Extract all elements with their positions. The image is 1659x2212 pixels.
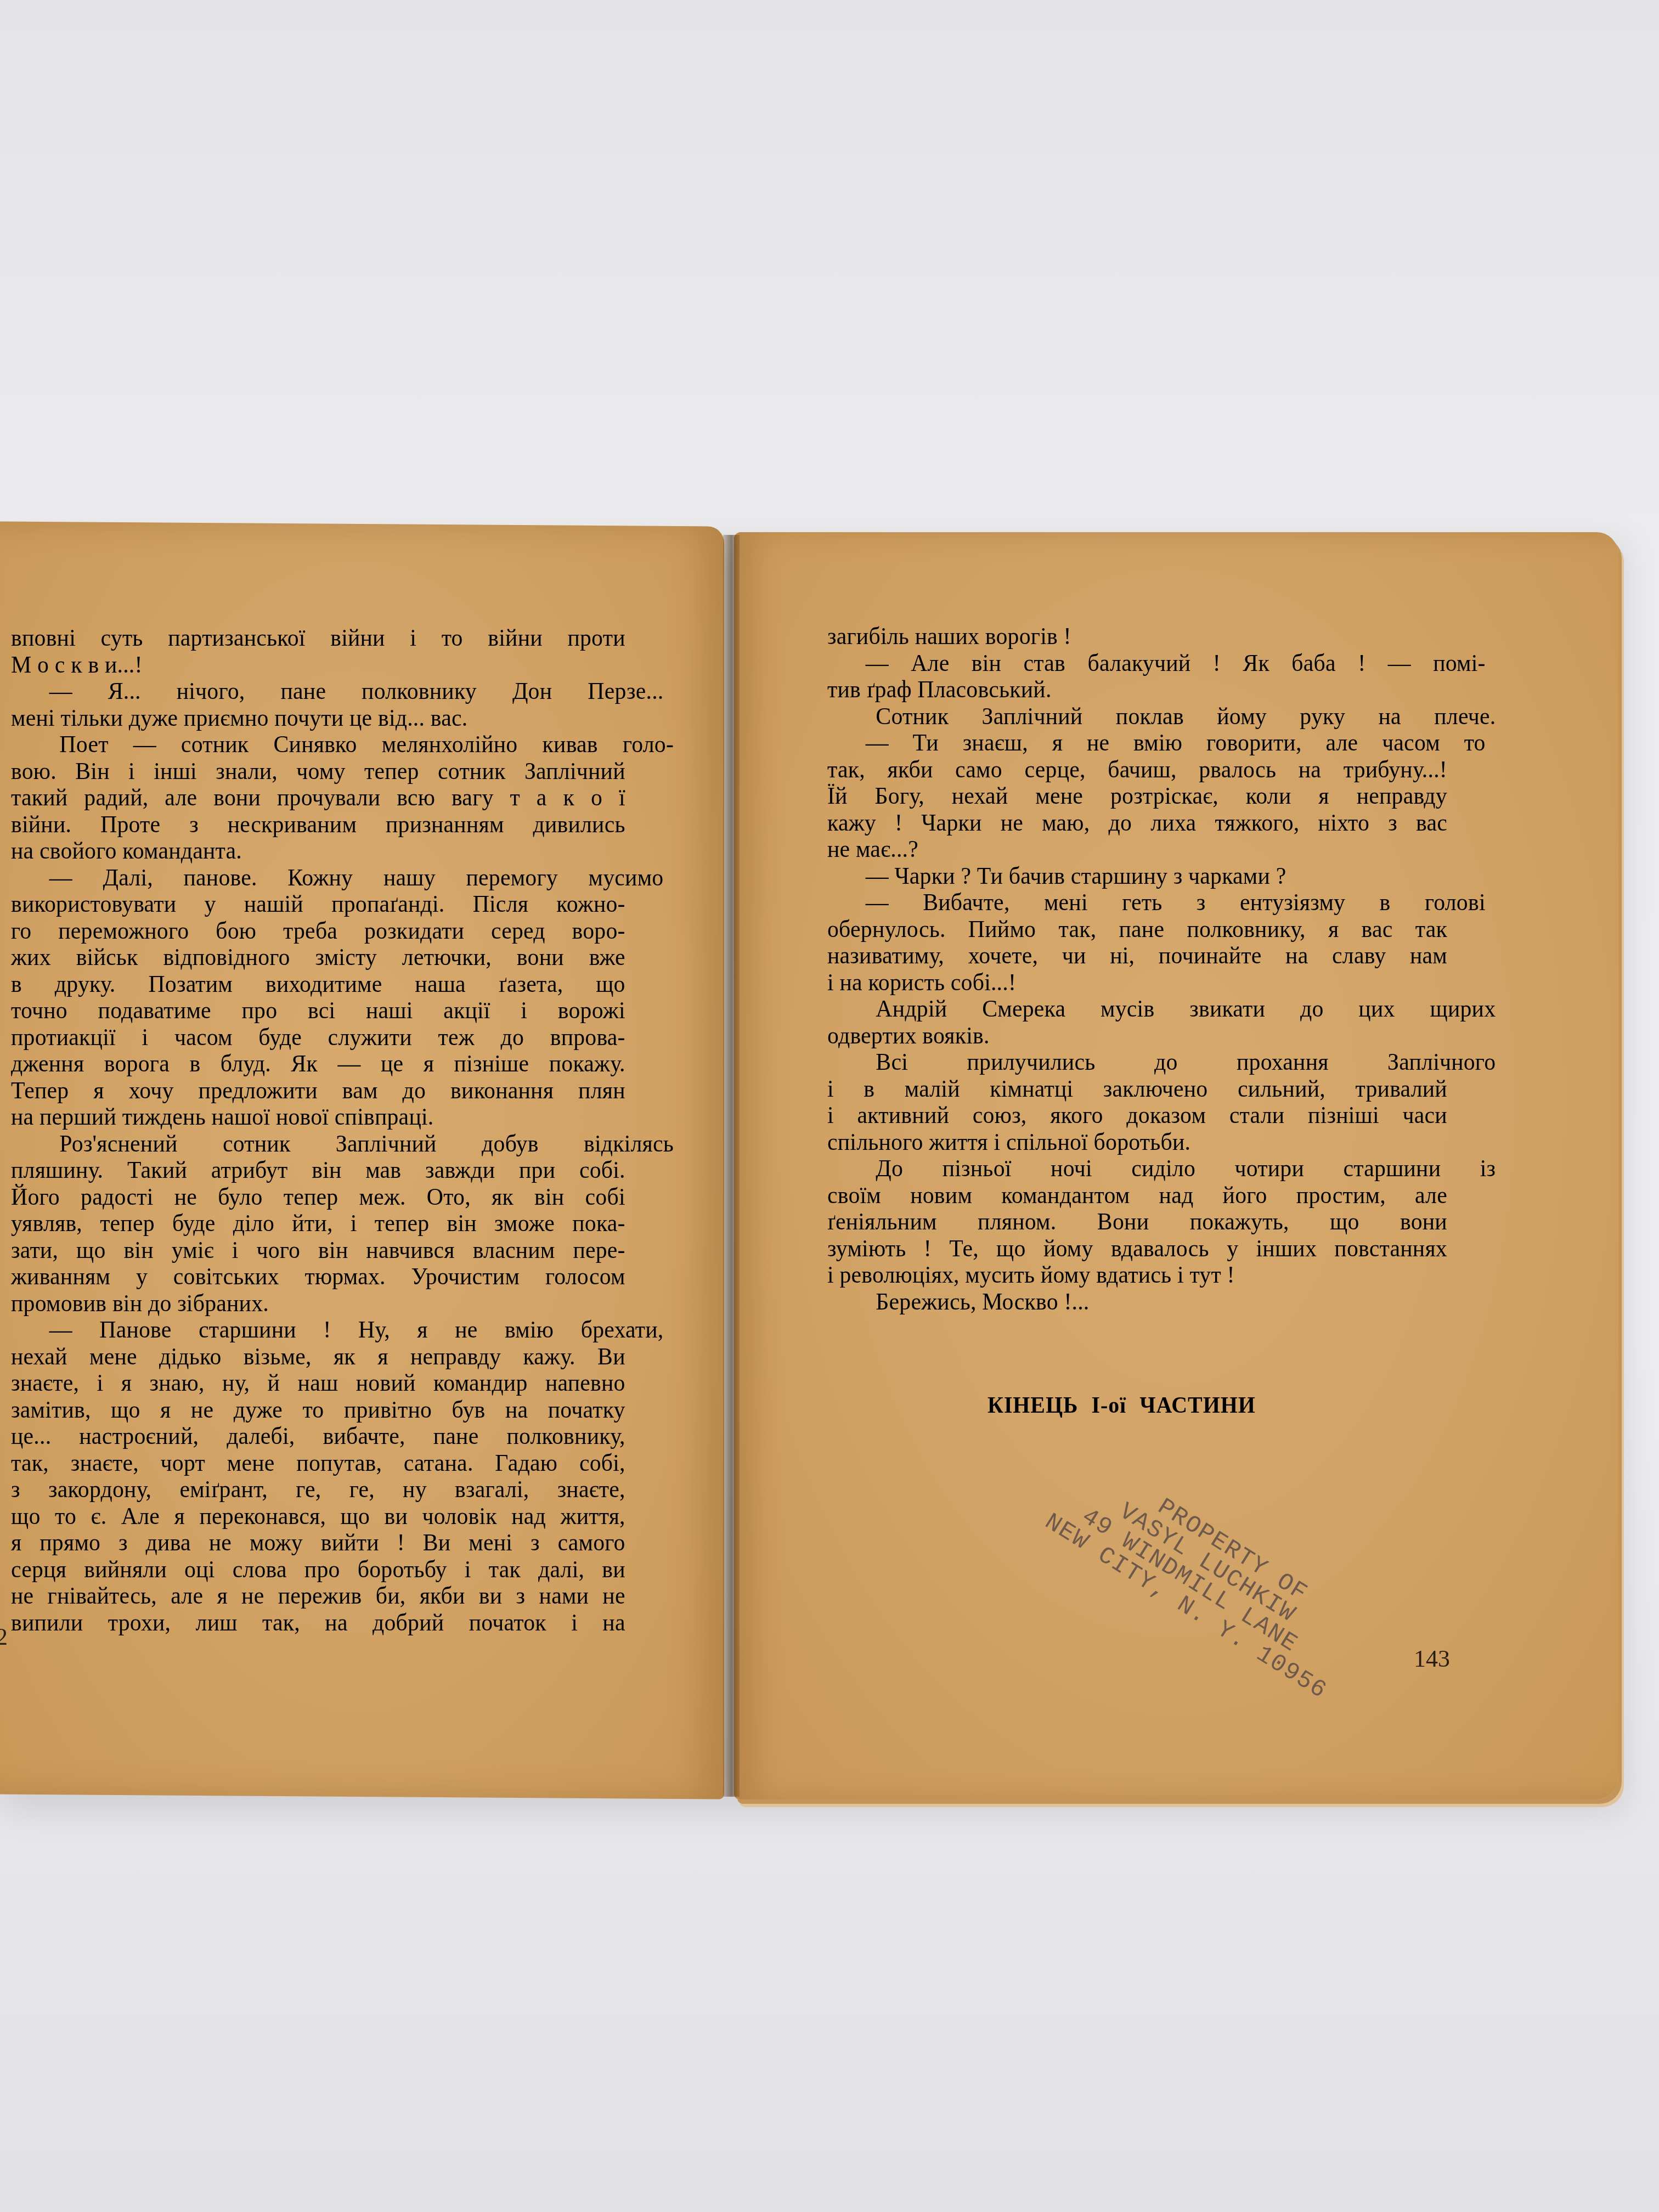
text-line: — Чарки ? Ти бачив старшину з чарками ?: [827, 862, 1486, 889]
text-line: нехай мене дідько візьме, як я неправду …: [11, 1343, 625, 1370]
text-line: До пізньої ночі сиділо чотири старшини і…: [827, 1155, 1496, 1182]
text-line: мені тільки дуже приємно почути це від..…: [11, 704, 625, 731]
text-line: на перший тиждень нашої нової співпраці.: [11, 1103, 625, 1130]
text-line: своїм новим командантом над його простим…: [827, 1182, 1447, 1209]
text-line: Його радості не було тепер меж. Ото, як …: [11, 1183, 625, 1210]
text-line: з закордону, еміґрант, ге, ге, ну взагал…: [11, 1476, 625, 1503]
text-line: промовив він до зібраних.: [11, 1290, 625, 1317]
right-page-text: загибіль наших ворогів !— Але він став б…: [827, 623, 1447, 1314]
text-line: пляшину. Такий атрибут він мав завжди пр…: [11, 1156, 625, 1183]
left-page-text: вповні суть партизанської війни і то вій…: [11, 624, 625, 1635]
text-line: зуміють ! Те, що йому вдавалось у інших …: [827, 1235, 1447, 1262]
text-line: і в малій кімнатці заключено сильний, тр…: [827, 1075, 1447, 1102]
text-line: обернулось. Пиймо так, пане полковнику, …: [827, 916, 1447, 943]
text-line: Сотник Заплічний поклав йому руку на пле…: [827, 703, 1496, 730]
text-line: це... настроєний, далебі, вибачте, пане …: [11, 1423, 625, 1449]
text-line: ґеніяльним пляном. Вони покажуть, що вон…: [827, 1208, 1447, 1235]
text-line: вою. Він і інші знали, чому тепер сотник…: [11, 758, 625, 785]
text-line: і на користь собі...!: [827, 969, 1447, 996]
text-line: вповні суть партизанської війни і то вій…: [11, 624, 625, 651]
text-line: Тепер я хочу предложити вам до виконання…: [11, 1077, 625, 1104]
text-line: в друку. Позатим виходитиме наша ґазета,…: [11, 970, 625, 997]
text-line: М о с к в и...!: [11, 651, 625, 678]
text-line: уявляв, тепер буде діло йти, і тепер він…: [11, 1210, 625, 1237]
text-line: дження ворога в блуд. Як — це я пізніше …: [11, 1050, 625, 1077]
text-line: знаєте, і я знаю, ну, й наш новий команд…: [11, 1369, 625, 1396]
text-line: Поет — сотник Синявко мелянхолійно кивав…: [11, 731, 674, 758]
text-line: — Ти знаєш, я не вмію говорити, але часо…: [827, 729, 1486, 756]
text-line: жих військ відповідного змісту летючки, …: [11, 944, 625, 970]
text-line: — Далі, панове. Кожну нашу перемогу муси…: [11, 864, 663, 891]
text-line: так, якби само серце, бачиш, рвалось на …: [827, 756, 1447, 783]
text-line: загибіль наших ворогів !: [827, 623, 1447, 650]
text-line: живанням у совітських тюрмах. Урочистим …: [11, 1263, 625, 1290]
text-line: використовувати у нашій пропаґанді. Післ…: [11, 890, 625, 917]
text-line: я прямо з дива не можу вийти ! Ви мені з…: [11, 1529, 625, 1556]
text-line: Роз'яснений сотник Заплічний добув відкі…: [11, 1130, 674, 1157]
text-line: такий радий, але вони прочували всю вагу…: [11, 784, 625, 811]
text-line: так, знаєте, чорт мене попутав, сатана. …: [11, 1449, 625, 1476]
text-line: одвертих вояків.: [827, 1022, 1447, 1049]
text-line: спільного життя і спільної боротьби.: [827, 1128, 1447, 1155]
text-line: Їй Богу, нехай мене розтріскає, коли я н…: [827, 782, 1447, 809]
text-line: зати, що він уміє і чого він навчився вл…: [11, 1237, 625, 1263]
text-line: не має...?: [827, 836, 1447, 862]
text-line: випили трохи, лиш так, на добрий початок…: [11, 1609, 625, 1636]
text-line: війни. Проте з нескриваним признанням ди…: [11, 811, 625, 838]
text-line: — Вибачте, мені геть з ентузіязму в голо…: [827, 889, 1486, 916]
text-line: Бережись, Москво !...: [827, 1288, 1496, 1315]
left-page-number: 2: [0, 1623, 8, 1651]
text-line: замітив, що я не дуже то привітно був на…: [11, 1396, 625, 1423]
part-end-heading: КІНЕЦЬ І-ої ЧАСТИНИ: [988, 1392, 1256, 1419]
text-line: — Панове старшини ! Ну, я не вмію брехат…: [11, 1316, 663, 1343]
text-line: і активний союз, якого доказом стали піз…: [827, 1102, 1447, 1128]
text-line: — Але він став балакучий ! Як баба ! — п…: [827, 650, 1486, 676]
text-line: Андрій Смерека мусів звикати до цих щири…: [827, 995, 1496, 1022]
text-line: серця вийняли оці слова про боротьбу і т…: [11, 1556, 625, 1583]
text-line: Всі прилучились до прохання Заплічного: [827, 1048, 1496, 1075]
text-line: точно подаватиме про всі наші акції і во…: [11, 997, 625, 1024]
text-line: — Я... нічого, пане полковнику Дон Перзе…: [11, 678, 663, 704]
text-line: що то є. Але я переконався, що ви чолові…: [11, 1503, 625, 1530]
text-line: на свойого команданта.: [11, 837, 625, 864]
text-line: і революціях, мусить йому вдатись і тут …: [827, 1261, 1447, 1288]
text-line: називатиму, хочете, чи ні, починайте на …: [827, 942, 1447, 969]
text-line: го переможного бою треба розкидати серед…: [11, 917, 625, 944]
text-line: кажу ! Чарки не маю, до лиха тяжкого, ні…: [827, 809, 1447, 836]
right-page-number: 143: [1414, 1645, 1450, 1673]
text-line: тив ґраф Пласовський.: [827, 676, 1447, 703]
book-gutter: [723, 535, 740, 1797]
text-line: протиакції і часом буде служити теж до в…: [11, 1024, 625, 1051]
text-line: не гнівайтесь, але я не пережив би, якби…: [11, 1582, 625, 1609]
